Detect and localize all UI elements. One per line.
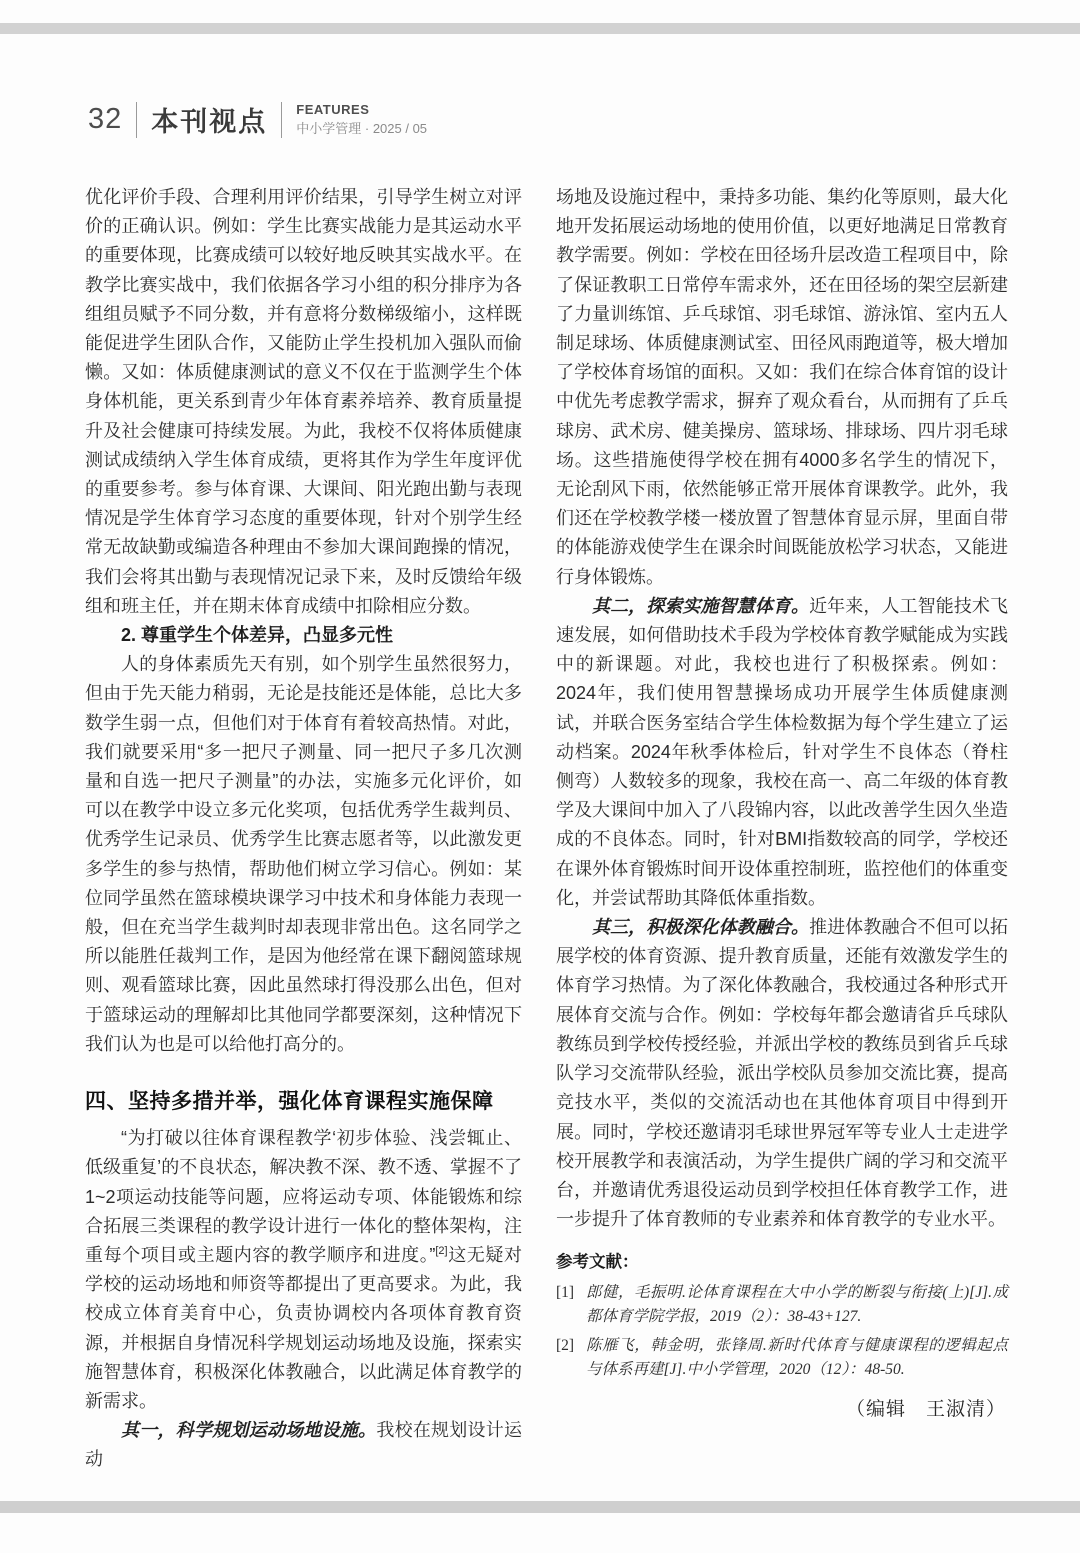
journal-issue: 中小学管理 · 2025 / 05: [296, 121, 427, 137]
list-item-3-lead: 其三，积极深化体教融合。: [592, 917, 809, 937]
header-divider: [136, 102, 137, 138]
reference-number: [2]: [556, 1334, 586, 1381]
reference-item: [1] 郎健，毛振明.论体育课程在大中小学的断裂与衔接(上)[J].成都体育学院…: [556, 1281, 1008, 1328]
column-title: 本刊视点: [151, 100, 267, 139]
paragraph-continued: 场地及设施过程中，秉持多功能、集约化等原则，最大化地开发拓展运动场地的使用价值，…: [556, 183, 1008, 592]
paragraph-text: 这无疑对学校的运动场地和师资等都提出了更高要求。为此，我校成立体育美育中心，负责…: [85, 1245, 522, 1411]
section-heading-4: 四、坚持多措并举，强化体育课程实施保障: [85, 1089, 522, 1115]
header-divider: [281, 102, 282, 138]
column-title-en: FEATURES: [296, 102, 427, 118]
list-item-2-lead: 其二，探索实施智慧体育。: [592, 596, 809, 616]
paragraph: 人的身体素质先天有别，如个别学生虽然很努力，但由于先天能力稍弱，无论是技能还是体…: [85, 650, 522, 1059]
references-section: 参考文献： [1] 郎健，毛振明.论体育课程在大中小学的断裂与衔接(上)[J].…: [556, 1248, 1008, 1381]
list-item-1: 其一，科学规划运动场地设施。我校在规划设计运动: [85, 1416, 522, 1474]
magazine-page: 32 本刊视点 FEATURES 中小学管理 · 2025 / 05 优化评价手…: [0, 0, 1080, 1553]
page-header: 32 本刊视点 FEATURES 中小学管理 · 2025 / 05: [88, 100, 427, 139]
paragraph-continued: 优化评价手段、合理利用评价结果，引导学生树立对评价的正确认识。例如：学生比赛实战…: [85, 183, 522, 621]
reference-text: 郎健，毛振明.论体育课程在大中小学的断裂与衔接(上)[J].成都体育学院学报，2…: [586, 1281, 1008, 1328]
list-item-1-lead: 其一，科学规划运动场地设施。: [121, 1420, 376, 1440]
page-number: 32: [88, 103, 122, 136]
page-top-border: [0, 23, 1080, 34]
right-column: 场地及设施过程中，秉持多功能、集约化等原则，最大化地开发拓展运动场地的使用价值，…: [556, 183, 1008, 1421]
list-item-3-text: 推进体教融合不但可以拓展学校的体育资源、提升教育质量，还能有效激发学生的体育学习…: [556, 917, 1008, 1229]
left-column: 优化评价手段、合理利用评价结果，引导学生树立对评价的正确认识。例如：学生比赛实战…: [85, 183, 522, 1475]
reference-text: 陈雁飞，韩金明，张锋周.新时代体育与健康课程的逻辑起点与体系再建[J].中小学管…: [586, 1334, 1008, 1381]
editor-credit: （编辑 王淑清）: [556, 1394, 1008, 1421]
list-item-3: 其三，积极深化体教融合。推进体教融合不但可以拓展学校的体育资源、提升教育质量，还…: [556, 913, 1008, 1234]
citation-marker: [2]: [435, 1245, 447, 1257]
reference-item: [2] 陈雁飞，韩金明，张锋周.新时代体育与健康课程的逻辑起点与体系再建[J].…: [556, 1334, 1008, 1381]
reference-number: [1]: [556, 1281, 586, 1328]
paragraph-with-citation: “为打破以往体育课程教学‘初步体验、浅尝辄止、低级重复’的不良状态，解决教不深、…: [85, 1124, 522, 1416]
subheading-2: 2. 尊重学生个体差异，凸显多元性: [85, 621, 522, 650]
list-item-2: 其二，探索实施智慧体育。近年来，人工智能技术飞速发展，如何借助技术手段为学校体育…: [556, 592, 1008, 913]
page-bottom-border: [0, 1501, 1080, 1513]
references-title: 参考文献：: [556, 1248, 1008, 1272]
header-meta: FEATURES 中小学管理 · 2025 / 05: [296, 102, 427, 137]
list-item-2-text: 近年来，人工智能技术飞速发展，如何借助技术手段为学校体育教学赋能成为实践中的新课…: [556, 596, 1008, 908]
